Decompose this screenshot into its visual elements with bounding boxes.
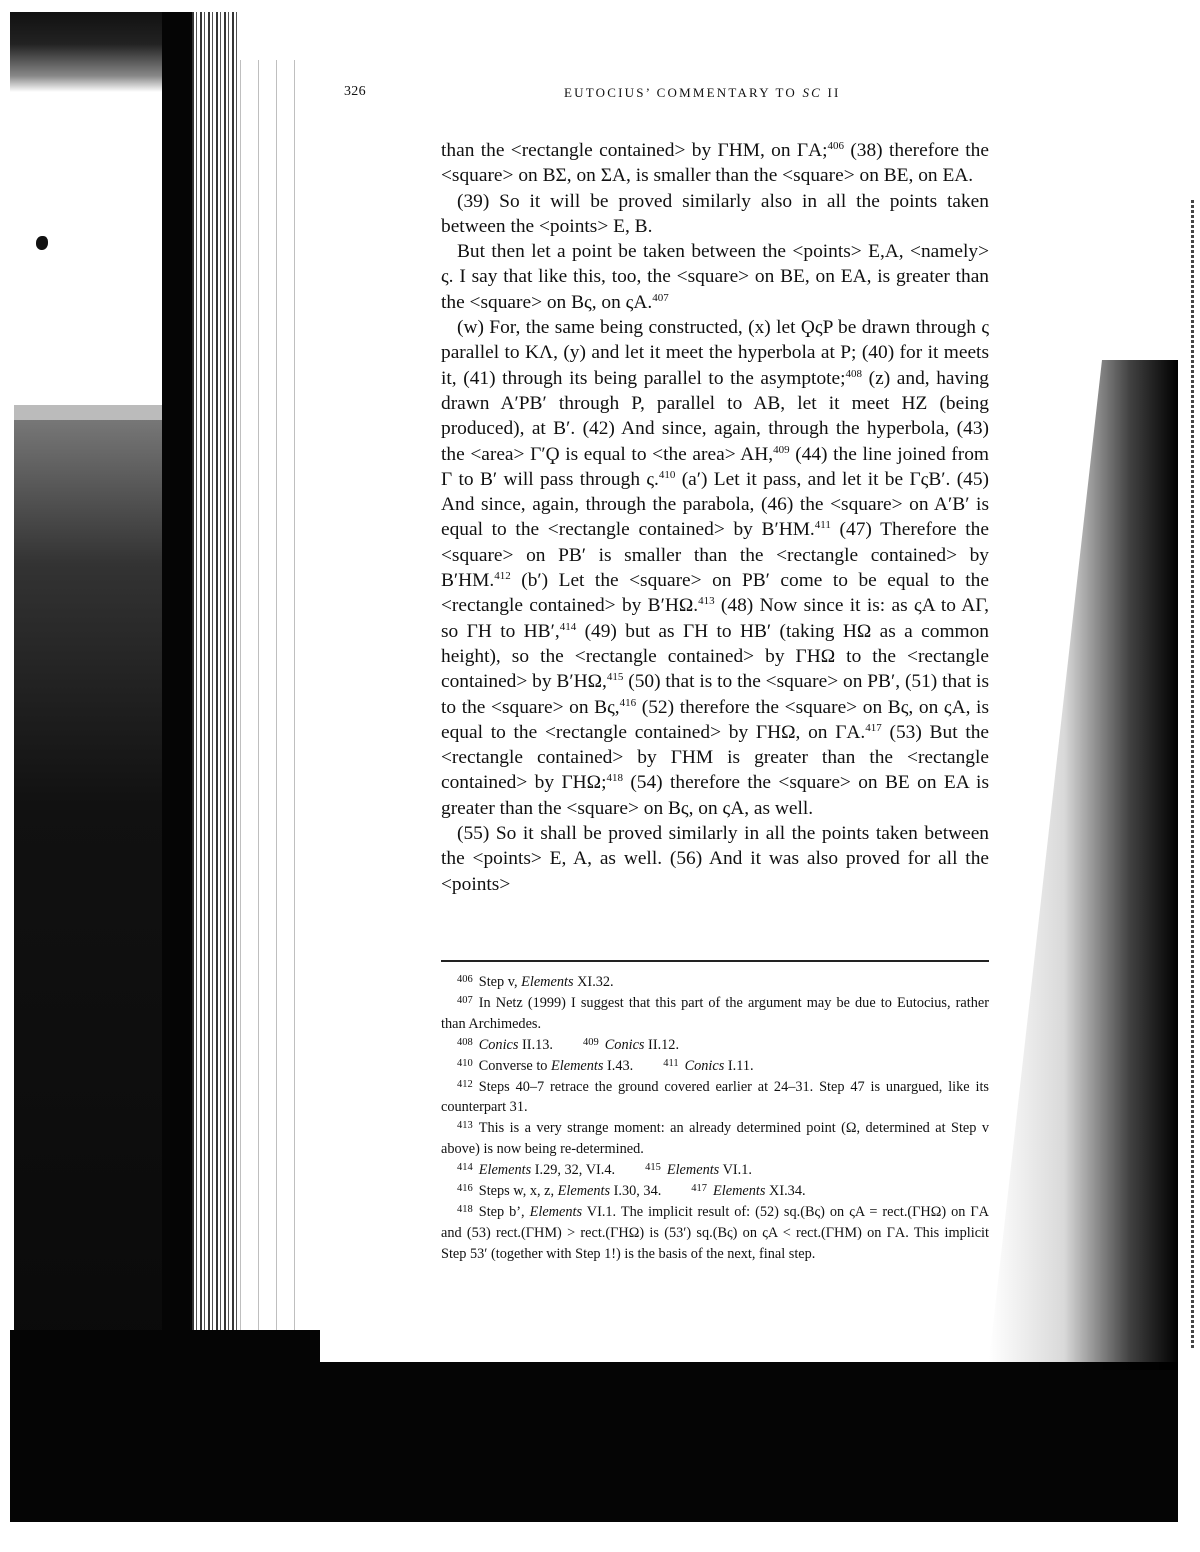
paragraph: (39) So it will be proved similarly also…: [441, 189, 989, 240]
footnote-number: 408: [457, 1037, 473, 1048]
footnote-reference[interactable]: 408: [846, 368, 863, 380]
footnote-italic: Elements: [521, 974, 573, 990]
footnote-text: XI.32.: [574, 974, 614, 990]
footnote-italic: Elements: [558, 1183, 610, 1199]
footnote-text: I.11.: [724, 1058, 753, 1074]
footnote-italic: Elements: [479, 1162, 531, 1178]
scan-shadow-bottom: [10, 1362, 1178, 1522]
running-title-suffix: II: [822, 85, 841, 100]
footnote-418: 418Step b’, Elements VI.1. The implicit …: [441, 1202, 989, 1265]
footnote-text: In Netz (1999) I suggest that this part …: [441, 995, 989, 1032]
paragraph: (w) For, the same being constructed, (x)…: [441, 315, 989, 821]
footnote-407: 407In Netz (1999) I suggest that this pa…: [441, 993, 989, 1035]
footnote-text: VI.1.: [719, 1162, 752, 1178]
footnote-416-417: 416Steps w, x, z, Elements I.30, 34.417E…: [441, 1181, 989, 1202]
footnote-text: XI.34.: [765, 1183, 805, 1199]
footnote-italic: Elements: [530, 1204, 582, 1220]
text-segment: than the <rectangle contained> by ΓHM, o…: [441, 140, 827, 161]
footnote-text: Converse to: [479, 1058, 551, 1074]
footnote-number: 413: [457, 1120, 473, 1131]
footnote-number: 410: [457, 1058, 473, 1069]
footnote-italic: Conics: [605, 1037, 645, 1053]
footnote-reference[interactable]: 412: [494, 570, 511, 582]
running-head: 326 Eutocius’ Commentary to SC II: [344, 84, 904, 108]
footnote-414-415: 414Elements I.29, 32, VI.4.415Elements V…: [441, 1160, 989, 1181]
footnote-text: II.12.: [644, 1037, 679, 1053]
scan-page-edges-faint: [240, 60, 300, 1340]
footnote-reference[interactable]: 418: [606, 772, 623, 784]
footnote-413: 413This is a very strange moment: an alr…: [441, 1118, 989, 1160]
scan-book-spine: [162, 12, 192, 1352]
page-number: 326: [344, 84, 366, 100]
scan-shadow-left: [14, 420, 162, 1380]
scan-shadow-top-left: [10, 12, 162, 92]
text-segment: (39) So it will be proved similarly also…: [441, 191, 989, 237]
footnote-number: 409: [583, 1037, 599, 1048]
footnote-406: 406Step v, Elements XI.32.: [441, 972, 989, 993]
footnote-text: This is a very strange moment: an alread…: [441, 1120, 989, 1157]
footnote-number: 412: [457, 1079, 473, 1090]
footnote-italic: Elements: [667, 1162, 719, 1178]
footnote-italic: Elements: [551, 1058, 603, 1074]
footnote-reference[interactable]: 411: [815, 519, 831, 531]
footnote-reference[interactable]: 413: [698, 595, 715, 607]
footnote-text: Steps w, x, z,: [479, 1183, 558, 1199]
footnote-number: 415: [645, 1162, 661, 1173]
text-segment: (55) So it shall be proved similarly in …: [441, 823, 989, 895]
footnote-reference[interactable]: 415: [607, 671, 624, 683]
text-segment: But then let a point be taken between th…: [441, 241, 989, 313]
footnote-reference[interactable]: 406: [827, 140, 844, 152]
footnote-divider: [441, 960, 989, 962]
footnote-number: 411: [663, 1058, 678, 1069]
running-title: Eutocius’ Commentary to SC II: [564, 85, 841, 101]
footnote-number: 416: [457, 1183, 473, 1194]
footnote-number: 406: [457, 974, 473, 985]
footnote-reference[interactable]: 409: [773, 444, 790, 456]
running-title-prefix: Eutocius’ Commentary to: [564, 85, 802, 100]
footnote-reference[interactable]: 407: [652, 292, 669, 304]
footnote-408-409: 408Conics II.13.409Conics II.12.: [441, 1035, 989, 1056]
footnote-text: Step v,: [479, 974, 521, 990]
paragraph: than the <rectangle contained> by ΓHM, o…: [441, 138, 989, 189]
footnote-italic: Conics: [685, 1058, 725, 1074]
footnote-411: 411Conics I.11.: [663, 1058, 753, 1074]
footnote-italic: Conics: [479, 1037, 519, 1053]
footnote-reference[interactable]: 414: [560, 621, 577, 633]
footnote-number: 407: [457, 995, 473, 1006]
footnote-410-411: 410Converse to Elements I.43.411Conics I…: [441, 1056, 989, 1077]
footnote-number: 418: [457, 1204, 473, 1215]
footnote-text: Step b’,: [479, 1204, 530, 1220]
footnote-415: 415Elements VI.1.: [645, 1162, 752, 1178]
main-text: than the <rectangle contained> by ΓHM, o…: [441, 138, 989, 897]
footnote-reference[interactable]: 416: [620, 697, 637, 709]
scan-right-edge: [1191, 200, 1194, 1350]
footnote-reference[interactable]: 410: [659, 469, 676, 481]
footnote-417: 417Elements XI.34.: [691, 1183, 805, 1199]
scan-page-edges: [192, 12, 240, 1352]
paragraph: But then let a point be taken between th…: [441, 239, 989, 315]
footnote-text: II.13.: [518, 1037, 553, 1053]
scan-shadow-right: [988, 360, 1178, 1370]
footnote-412: 412Steps 40–7 retrace the ground covered…: [441, 1077, 989, 1119]
footnote-italic: Elements: [713, 1183, 765, 1199]
footnote-text: I.43.: [603, 1058, 633, 1074]
footnote-text: I.29, 32, VI.4.: [531, 1162, 615, 1178]
footnote-number: 417: [691, 1183, 707, 1194]
footnote-reference[interactable]: 417: [865, 722, 882, 734]
footnote-number: 414: [457, 1162, 473, 1173]
footnotes: 406Step v, Elements XI.32. 407In Netz (1…: [441, 972, 989, 1265]
footnote-text: Steps 40–7 retrace the ground covered ea…: [441, 1079, 989, 1116]
footnote-409: 409Conics II.12.: [583, 1037, 679, 1053]
paragraph: (55) So it shall be proved similarly in …: [441, 821, 989, 897]
running-title-italic: SC: [802, 85, 822, 100]
footnote-text: I.30, 34.: [610, 1183, 661, 1199]
ink-blot: [36, 236, 48, 250]
